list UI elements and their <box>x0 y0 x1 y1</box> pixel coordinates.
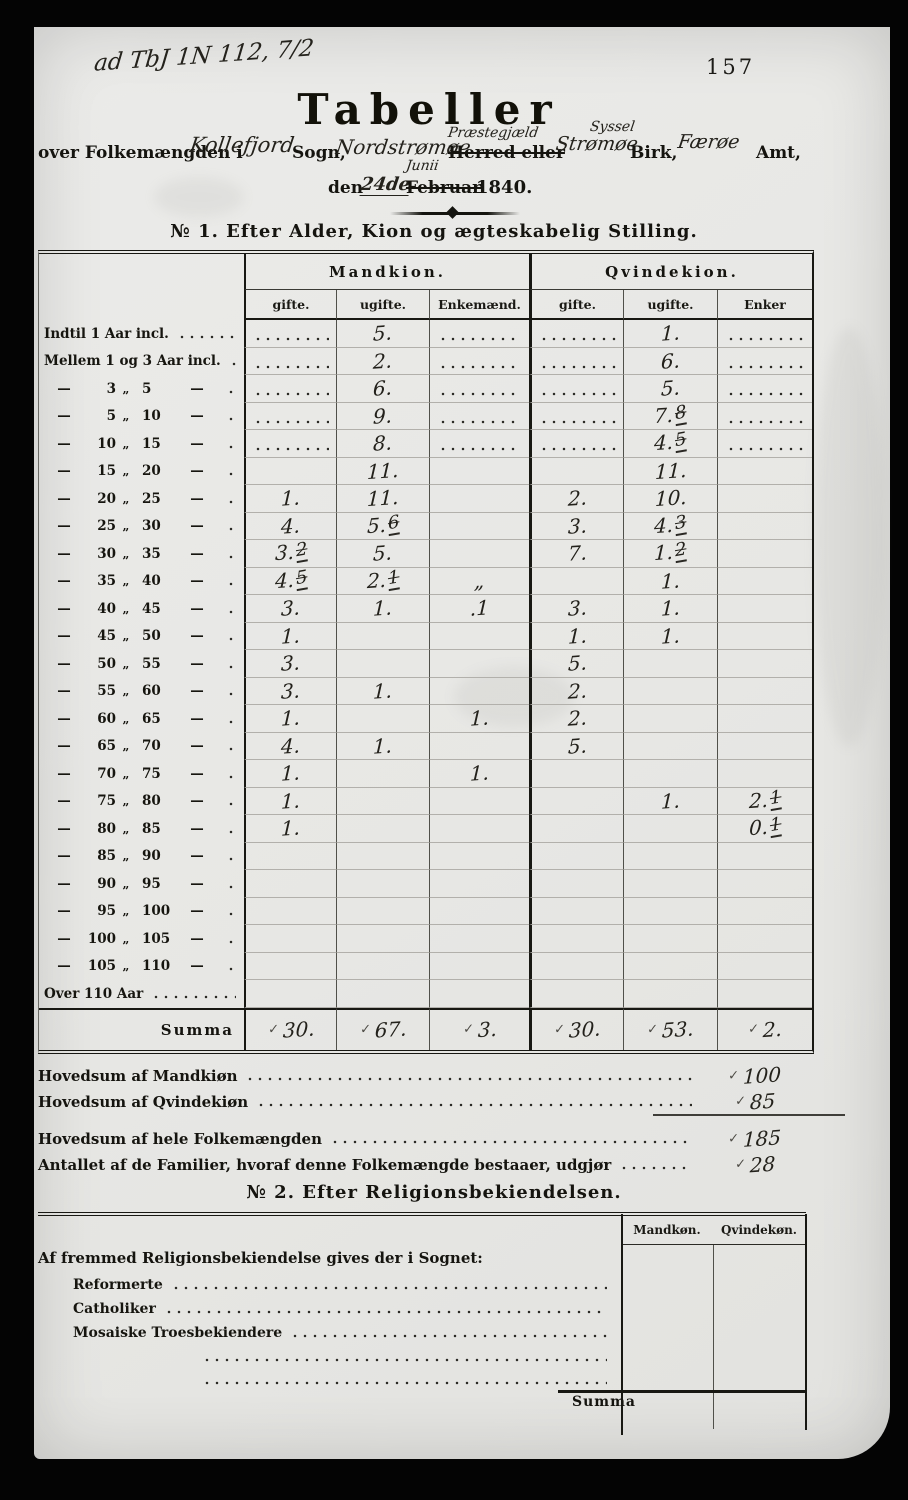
row-label: —100„105— <box>39 925 244 953</box>
total-value: ✓28 <box>700 1153 810 1177</box>
table-cell <box>623 843 717 871</box>
leader-dots <box>539 446 615 452</box>
total-value: ✓100 <box>700 1064 810 1088</box>
age-range-part: 5 <box>84 408 116 424</box>
age-range-part: — <box>44 931 84 947</box>
birk-label: Birk, <box>630 143 677 163</box>
handwritten-value: 4.5 <box>654 429 687 457</box>
table-cell <box>717 568 812 596</box>
age-range-part: 15 <box>136 436 176 452</box>
handwritten-value: 1. <box>470 761 490 786</box>
age-range-part: 40 <box>84 601 116 617</box>
age-range-part: — <box>176 958 218 974</box>
age-range-part: 5 <box>136 381 176 397</box>
age-range: —95„100— <box>44 903 218 919</box>
age-range-part: 10 <box>84 436 116 452</box>
table-cell <box>529 898 623 926</box>
table-cell: 0.1 <box>717 815 812 843</box>
table-cell <box>717 733 812 761</box>
table-cell <box>623 925 717 953</box>
table-cell <box>336 788 429 816</box>
total-label: Hovedsum af hele Folkemængden <box>38 1130 322 1148</box>
table-cell <box>623 678 717 706</box>
row-label: —15„20— <box>39 458 244 486</box>
handwritten-value: 1. <box>373 596 393 621</box>
age-range-part: — <box>176 601 218 617</box>
age-range-part: 100 <box>136 903 176 919</box>
dotted-leader <box>290 1333 607 1339</box>
handwritten-value: 5. <box>373 541 393 566</box>
table-cell: 7. <box>529 540 623 568</box>
dotted-leader <box>226 801 236 807</box>
row-label: —35„40— <box>39 568 244 596</box>
table-cell <box>623 733 717 761</box>
age-range-part: — <box>176 683 218 699</box>
table-cell <box>429 623 529 651</box>
table-cell <box>717 705 812 733</box>
row-label: —70„75— <box>39 760 244 788</box>
row-label: —105„110— <box>39 953 244 981</box>
dotted-leader <box>226 774 236 780</box>
row-label: —30„35— <box>39 540 244 568</box>
handwritten-value: 11. <box>367 458 400 484</box>
table-cell <box>717 843 812 871</box>
dotted-leader <box>226 609 236 615</box>
table-cell <box>529 843 623 871</box>
age-range: —30„35— <box>44 546 218 562</box>
struck-correction: 1 <box>769 814 782 839</box>
leader-dots <box>438 336 521 342</box>
leader-dots <box>539 391 615 397</box>
table2-row: Catholiker <box>73 1299 615 1319</box>
table-cell <box>429 678 529 706</box>
age-range: —50„55— <box>44 656 218 672</box>
table-cell <box>429 348 529 376</box>
age-range-part: 80 <box>84 821 116 837</box>
age-range-part: „ <box>116 877 136 891</box>
table1-summa-label: Summa <box>39 1008 244 1050</box>
table-cell <box>429 485 529 513</box>
age-range: —40„45— <box>44 601 218 617</box>
summa-cell: ✓3. <box>429 1008 529 1050</box>
census-form-page: ad TbJ 1N 112, 7/2 157 Tabeller over Fol… <box>34 27 890 1459</box>
age-range-part: „ <box>116 739 136 753</box>
table-cell <box>529 788 623 816</box>
age-range: —65„70— <box>44 738 218 754</box>
summa-cell: ✓30. <box>244 1008 336 1050</box>
table-cell: 1. <box>336 595 429 623</box>
age-range: —90„95— <box>44 876 218 892</box>
table-cell: 4.5 <box>623 430 717 458</box>
dotted-leader <box>171 1285 607 1291</box>
table2-intro: Af fremmed Religionsbekiendelse gives de… <box>38 1249 483 1267</box>
handwritten-value: 9. <box>373 403 393 428</box>
age-range-part: „ <box>116 767 136 781</box>
total-label: Antallet af de Familier, hvoraf denne Fo… <box>38 1156 611 1174</box>
age-range-part: — <box>44 518 84 534</box>
handwritten-value: 1. <box>373 678 393 703</box>
row-label: —45„50— <box>39 623 244 651</box>
table-cell <box>336 623 429 651</box>
dotted-leader <box>226 939 236 945</box>
table-cell <box>717 595 812 623</box>
age-range-part: 55 <box>84 683 116 699</box>
row-label-text: Mellem 1 og 3 Aar incl. <box>44 353 221 369</box>
age-range-part: — <box>176 546 218 562</box>
table-cell <box>336 953 429 981</box>
document-title: Tabeller <box>214 85 644 134</box>
table-cell <box>429 540 529 568</box>
table-cell <box>717 953 812 981</box>
table-cell: 5. <box>336 540 429 568</box>
table-cell: 1.2 <box>623 540 717 568</box>
table-cell: 4. <box>244 733 336 761</box>
handwritten-value: 2. <box>568 706 588 731</box>
age-range-part: 60 <box>136 683 176 699</box>
age-range-part: — <box>176 876 218 892</box>
leader-dots <box>539 364 615 370</box>
leader-dots <box>253 391 329 397</box>
table-cell <box>717 540 812 568</box>
table-cell: „ <box>429 568 529 596</box>
table-cell <box>429 733 529 761</box>
table-cell: .1 <box>429 595 529 623</box>
table-cell <box>529 403 623 431</box>
age-range: —20„25— <box>44 491 218 507</box>
handwritten-value: 1. <box>661 321 681 346</box>
leader-dots <box>726 336 805 342</box>
dotted-leader <box>151 994 236 1000</box>
row-label: —55„60— <box>39 678 244 706</box>
age-range-part: „ <box>116 684 136 698</box>
table2-row-label: Reformerte <box>73 1277 163 1293</box>
table-cell: 4.3 <box>623 513 717 541</box>
total-row-families: Antallet af de Familier, hvoraf denne Fo… <box>38 1154 810 1176</box>
handwritten-value: 4.5 <box>274 567 307 595</box>
age-range-part: — <box>44 381 84 397</box>
table-cell: 5. <box>529 733 623 761</box>
age-range-part: — <box>176 463 218 479</box>
handwritten-value: 1. <box>281 816 301 841</box>
table2-row: Reformerte <box>73 1275 615 1295</box>
age-range-part: „ <box>116 547 136 561</box>
handwritten-value: 1. <box>281 788 301 813</box>
handwritten-value: 1. <box>568 623 588 648</box>
table-cell: 5. <box>623 375 717 403</box>
table-cell <box>244 925 336 953</box>
table-cell <box>429 980 529 1008</box>
table-cell <box>336 650 429 678</box>
table2-header-qvindekon: Qvindekøn. <box>713 1216 805 1245</box>
month-printed-struck: Februar <box>406 178 481 198</box>
total-value: ✓185 <box>700 1127 810 1151</box>
table-cell <box>429 513 529 541</box>
handwritten-value: ✓3. <box>462 1016 497 1042</box>
amt-name-handwriting: Færøe <box>676 131 741 153</box>
handwritten-value: ✓30. <box>554 1016 601 1043</box>
age-range-part: — <box>176 518 218 534</box>
table-cell: 5.6 <box>336 513 429 541</box>
dotted-leader <box>229 361 236 367</box>
age-range-part: — <box>176 381 218 397</box>
dotted-leader <box>226 856 236 862</box>
age-range-part: — <box>176 848 218 864</box>
table-cell <box>623 705 717 733</box>
table-cell <box>429 870 529 898</box>
age-range-part: 85 <box>136 821 176 837</box>
table-cell: 1. <box>244 623 336 651</box>
page-number: 157 <box>706 55 755 79</box>
age-range: —35„40— <box>44 573 218 589</box>
table-cell <box>244 458 336 486</box>
row-label: —80„85— <box>39 815 244 843</box>
age-range-part: „ <box>116 382 136 396</box>
table2-summa-rule <box>558 1390 806 1393</box>
age-range: —85„90— <box>44 848 218 864</box>
age-range: —3„5— <box>44 381 218 397</box>
handwritten-value: 8. <box>373 431 393 456</box>
dotted-leader <box>164 1309 607 1315</box>
table-cell: 6. <box>623 348 717 376</box>
leader-dots <box>253 419 329 425</box>
table-cell <box>336 870 429 898</box>
table-cell <box>623 953 717 981</box>
handwritten-value: 5.6 <box>366 512 399 540</box>
table-cell: 9. <box>336 403 429 431</box>
age-range: —75„80— <box>44 793 218 809</box>
table-cell <box>429 320 529 348</box>
check-mark: ✓ <box>462 1021 473 1037</box>
total-row-qvindekion: Hovedsum af Qvindekiøn ✓85 <box>38 1091 810 1113</box>
age-range-part: „ <box>116 519 136 533</box>
ornament-diamond <box>446 206 459 219</box>
age-range: —100„105— <box>44 931 218 947</box>
age-range-part: „ <box>116 492 136 506</box>
syssel-handwriting: Syssel <box>589 119 636 135</box>
table-cell <box>717 348 812 376</box>
check-mark: ✓ <box>267 1021 278 1037</box>
struck-correction: 1 <box>769 786 782 811</box>
total-row-population: Hovedsum af hele Folkemængden ✓185 <box>38 1128 810 1150</box>
table1-corner-cell <box>39 254 244 320</box>
age-range-part: 50 <box>84 656 116 672</box>
handwritten-value: 4. <box>281 513 301 538</box>
table-cell <box>529 430 623 458</box>
dotted-leader <box>226 471 236 477</box>
table-cell: 2. <box>529 485 623 513</box>
table-cell <box>623 870 717 898</box>
subheader-q-enker: Enker <box>717 290 812 320</box>
age-range-part: — <box>176 793 218 809</box>
dotted-leader <box>330 1139 692 1145</box>
table-cell <box>623 760 717 788</box>
table-cell <box>717 650 812 678</box>
table-cell: 10. <box>623 485 717 513</box>
month-correction-handwriting: Junii <box>405 158 440 174</box>
table-cell: 2. <box>336 348 429 376</box>
table-cell <box>429 430 529 458</box>
row-label: —95„100— <box>39 898 244 926</box>
table-cell <box>717 980 812 1008</box>
total-label: Hovedsum af Mandkiøn <box>38 1067 237 1085</box>
table-cell <box>717 485 812 513</box>
handwritten-value: 3. <box>281 651 301 676</box>
table-cell <box>244 870 336 898</box>
table-cell <box>717 320 812 348</box>
table1-heading: № 1. Efter Alder, Kion og ægteskabelig S… <box>134 221 734 242</box>
age-range-part: — <box>44 628 84 644</box>
dotted-leader <box>226 884 236 890</box>
struck-correction: 1 <box>387 566 400 591</box>
age-range-part: — <box>44 821 84 837</box>
handwritten-value: 6. <box>661 348 681 373</box>
age-range: —105„110— <box>44 958 218 974</box>
age-range-part: „ <box>116 437 136 451</box>
age-range-part: „ <box>116 574 136 588</box>
row-label: —60„65— <box>39 705 244 733</box>
summa-cell: ✓30. <box>529 1008 623 1050</box>
table-cell: 1. <box>244 788 336 816</box>
table-cell <box>429 898 529 926</box>
table-cell <box>717 925 812 953</box>
age-range-part: 85 <box>84 848 116 864</box>
age-range: —5„10— <box>44 408 218 424</box>
dotted-leader <box>226 554 236 560</box>
table2-summa-label: Summa <box>572 1394 636 1410</box>
table-cell <box>336 843 429 871</box>
leader-dots <box>539 419 615 425</box>
summa-cell: ✓2. <box>717 1008 812 1050</box>
table2-header-mandkon: Mandkøn. <box>621 1216 713 1245</box>
handwritten-value: 3. <box>281 678 301 703</box>
age-range: —15„20— <box>44 463 218 479</box>
table-cell: 1. <box>623 320 717 348</box>
handwritten-value: 4. <box>281 733 301 758</box>
age-range: —55„60— <box>44 683 218 699</box>
table-cell: 3.2 <box>244 540 336 568</box>
table-cell: 3. <box>529 513 623 541</box>
table-cell: 1. <box>244 705 336 733</box>
age-range: —10„15— <box>44 436 218 452</box>
age-range-part: 30 <box>136 518 176 534</box>
age-range-part: — <box>176 738 218 754</box>
check-mark: ✓ <box>647 1021 658 1037</box>
age-range-part: 65 <box>84 738 116 754</box>
table2-row <box>194 1347 615 1367</box>
handwritten-value: 1. <box>281 486 301 511</box>
parish-name-handwriting: Kollefjord <box>188 133 295 157</box>
age-range-part: — <box>176 491 218 507</box>
bleed-through-smudge <box>814 327 884 747</box>
handwritten-value: 1. <box>281 761 301 786</box>
age-range-part: — <box>44 408 84 424</box>
subheader-m-ugifte: ugifte. <box>336 290 429 320</box>
dotted-leader <box>226 829 236 835</box>
herred-eller-label: Herred eller <box>448 143 565 163</box>
table-cell: 1. <box>336 733 429 761</box>
table-cell: 3. <box>529 595 623 623</box>
age-range-part: 35 <box>136 546 176 562</box>
sum-underline <box>653 1114 845 1116</box>
table-cell <box>244 980 336 1008</box>
age-range: —45„50— <box>44 628 218 644</box>
age-range-part: 45 <box>84 628 116 644</box>
table-cell <box>529 953 623 981</box>
age-range-part: 45 <box>136 601 176 617</box>
table-cell: 3. <box>244 678 336 706</box>
check-mark: ✓ <box>554 1021 565 1037</box>
table-cell: 1. <box>336 678 429 706</box>
handwritten-value: 1. <box>661 623 681 648</box>
table-cell <box>429 925 529 953</box>
leader-dots <box>726 391 805 397</box>
handwritten-value: ✓67. <box>359 1016 406 1043</box>
age-range: —80„85— <box>44 821 218 837</box>
age-range-part: — <box>44 656 84 672</box>
age-range-part: 25 <box>84 518 116 534</box>
row-label: —90„95— <box>39 870 244 898</box>
age-range-part: — <box>176 903 218 919</box>
dotted-leader <box>226 389 236 395</box>
row-label: —75„80— <box>39 788 244 816</box>
dotted-leader <box>177 334 236 340</box>
table-cell <box>429 403 529 431</box>
table-cell <box>244 375 336 403</box>
table-cell <box>244 953 336 981</box>
table-cell: 1. <box>623 595 717 623</box>
struck-correction: 3 <box>675 511 688 536</box>
table-cell: 11. <box>336 485 429 513</box>
year-label: 1840. <box>476 177 532 198</box>
summa-cell: ✓53. <box>623 1008 717 1050</box>
leader-dots <box>438 364 521 370</box>
table2-vertical-middle <box>713 1245 714 1429</box>
leader-dots <box>726 446 805 452</box>
handwritten-value: 1.2 <box>654 539 687 567</box>
divider-ornament <box>390 207 520 219</box>
struck-correction: 2 <box>675 539 688 564</box>
table2-row-label: Mosaiske Troesbekiendere <box>73 1325 282 1341</box>
table-cell <box>623 898 717 926</box>
table-cell <box>429 953 529 981</box>
age-range-part: 3 <box>84 381 116 397</box>
handwritten-value: ✓30. <box>267 1016 314 1043</box>
table-cell <box>429 650 529 678</box>
table-cell: 1. <box>429 705 529 733</box>
age-range-part: — <box>44 738 84 754</box>
handwritten-value: .1 <box>470 596 490 621</box>
age-range-part: 60 <box>84 711 116 727</box>
table-cell: 1. <box>244 815 336 843</box>
date-day-handwriting: 24de <box>359 174 411 196</box>
handwritten-value: 11. <box>654 458 687 484</box>
dotted-leader <box>226 581 236 587</box>
archival-reference-handwriting: ad TbJ 1N 112, 7/2 <box>93 35 315 77</box>
bleed-through-smudge <box>154 177 244 217</box>
syssel-name-handwriting: Strømøe <box>554 133 639 155</box>
group-header-qvindekion: Qvindekion. <box>529 254 812 290</box>
table-cell: 1. <box>244 485 336 513</box>
table-cell <box>529 980 623 1008</box>
table-cell <box>529 568 623 596</box>
table-cell <box>529 375 623 403</box>
table-cell <box>429 375 529 403</box>
age-range-part: 75 <box>136 766 176 782</box>
table2-heading: № 2. Efter Religionsbekiendelsen. <box>134 1182 734 1203</box>
handwritten-value: 3.2 <box>274 539 307 567</box>
age-range: —70„75— <box>44 766 218 782</box>
handwritten-value: 1. <box>661 596 681 621</box>
